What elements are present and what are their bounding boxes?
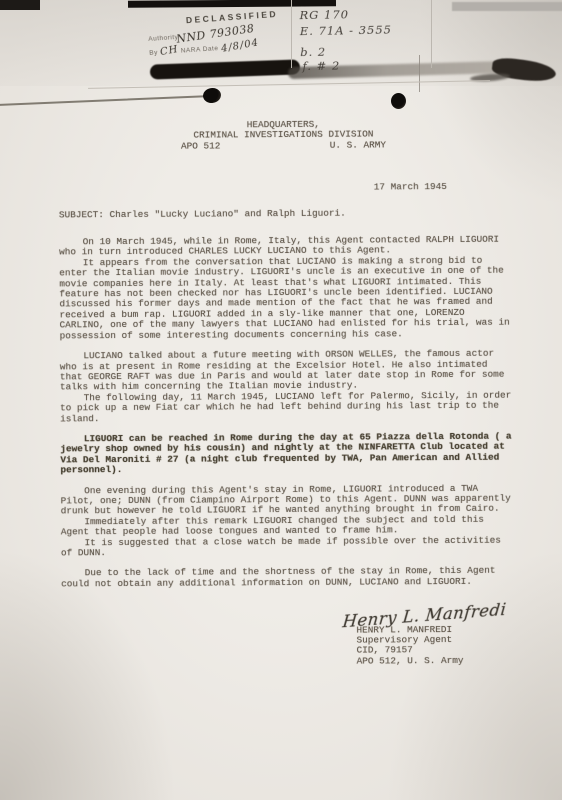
body-paragraph: It appears from the conversation that LU… [59, 255, 515, 341]
signature-unit: APO 512, U. S. Army [357, 655, 517, 666]
annotation-folder: f. # 2 [300, 57, 430, 73]
annotation-record-group: RG 170 [299, 6, 429, 22]
body-paragraph: One evening during this Agent's stay in … [61, 483, 516, 517]
document-scan: DECLASSIFIED Authority NND 793038 By CH … [0, 0, 562, 800]
letter-body: On 10 March 1945, while in Rome, Italy, … [59, 235, 516, 590]
body-paragraph: LUCIANO talked about a future meeting wi… [60, 349, 515, 393]
stamp-by-label: By [149, 49, 158, 57]
signature-block: Henry L. Manfredi HENRY L. MANFREDI Supe… [356, 611, 516, 667]
date-line: 17 March 1945 [59, 182, 514, 195]
body-paragraph: It is suggested that a close watch be ma… [61, 535, 516, 559]
hole-punch-right [391, 93, 406, 109]
scan-line-artifact [0, 95, 219, 106]
body-paragraph: LIGUORI can be reached in Rome during th… [60, 432, 515, 476]
letterhead-apo-line: APO 512 U. S. ARMY [181, 140, 386, 152]
scanner-edge-bar-right [452, 2, 562, 11]
slip-edge-right [431, 0, 432, 68]
letterhead: HEADQUARTERS, CRIMINAL INVESTIGATIONS DI… [153, 119, 413, 152]
letterhead-army: U. S. ARMY [330, 140, 386, 151]
body-paragraph: The following day, 11 March 1945, LUCIAN… [60, 390, 515, 424]
subject-line: SUBJECT: Charles "Lucky Luciano" and Ral… [59, 207, 514, 220]
stamp-authority-label: Authority [148, 34, 179, 43]
scanner-edge-bar-left [0, 0, 40, 10]
letterhead-apo: APO 512 [181, 141, 220, 152]
letter-page: HEADQUARTERS, CRIMINAL INVESTIGATIONS DI… [58, 119, 516, 669]
stamp-by-handwritten: CH [159, 44, 179, 58]
stamp-nara-label: NARA Date [181, 45, 219, 55]
annotation-entry: E. 71A - 3555 [300, 22, 430, 38]
archival-annotations: RG 170 E. 71A - 3555 b. 2 f. # 2 [299, 6, 430, 73]
body-paragraph: Due to the lack of time and the shortnes… [61, 566, 516, 590]
hole-punch-left [202, 87, 222, 104]
